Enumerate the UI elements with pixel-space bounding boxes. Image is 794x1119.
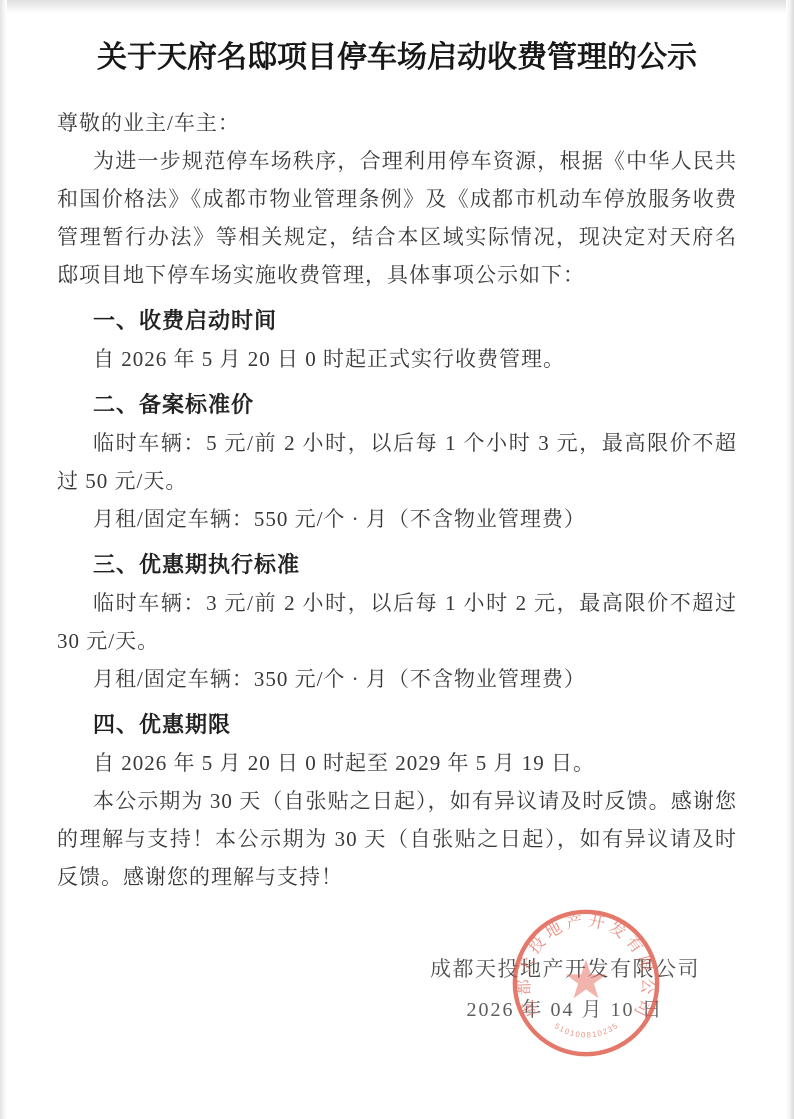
greeting-line: 尊敬的业主/车主： [57, 104, 737, 142]
notice-document-page: 关于天府名邸项目停车场启动收费管理的公示 尊敬的业主/车主： 为进一步规范停车场… [0, 0, 794, 1119]
section-1-paragraph: 自 2026 年 5 月 20 日 0 时起正式实行收费管理。 [57, 340, 737, 378]
section-2-heading: 二、备案标准价 [57, 386, 737, 424]
section-4-heading: 四、优惠期限 [57, 706, 737, 744]
section-2-paragraph-temporary: 临时车辆：5 元/前 2 小时，以后每 1 个小时 3 元，最高限价不超过 50… [57, 424, 737, 500]
company-name: 成都天投地产开发有限公司 [430, 948, 700, 990]
section-1-heading: 一、收费启动时间 [57, 302, 737, 340]
signature-date: 2026 年 04 月 10 日 [430, 990, 700, 1030]
section-4-paragraph-feedback: 本公示期为 30 天（自张贴之日起），如有异议请及时反馈。感谢您的理解与支持！本… [57, 782, 737, 896]
scan-edge-left [0, 0, 7, 1119]
page-title: 关于天府名邸项目停车场启动收费管理的公示 [0, 34, 794, 82]
scan-edge-top [0, 0, 794, 13]
section-2-paragraph-monthly: 月租/固定车辆：550 元/个 · 月（不含物业管理费） [57, 500, 737, 538]
section-4-paragraph-period: 自 2026 年 5 月 20 日 0 时起至 2029 年 5 月 19 日。 [57, 744, 737, 782]
intro-paragraph: 为进一步规范停车场秩序，合理利用停车资源，根据《中华人民共和国价格法》《成都市物… [57, 142, 737, 294]
section-3-paragraph-temporary: 临时车辆：3 元/前 2 小时，以后每 1 小时 2 元，最高限价不超过 30 … [57, 584, 737, 660]
signature-block: 成都天投地产开发有限公司 2026 年 04 月 10 日 [430, 948, 700, 1030]
section-3-paragraph-monthly: 月租/固定车辆：350 元/个 · 月（不含物业管理费） [57, 660, 737, 698]
section-3-heading: 三、优惠期执行标准 [57, 546, 737, 584]
notice-body: 尊敬的业主/车主： 为进一步规范停车场秩序，合理利用停车资源，根据《中华人民共和… [57, 104, 737, 896]
scan-edge-right [786, 0, 794, 1119]
